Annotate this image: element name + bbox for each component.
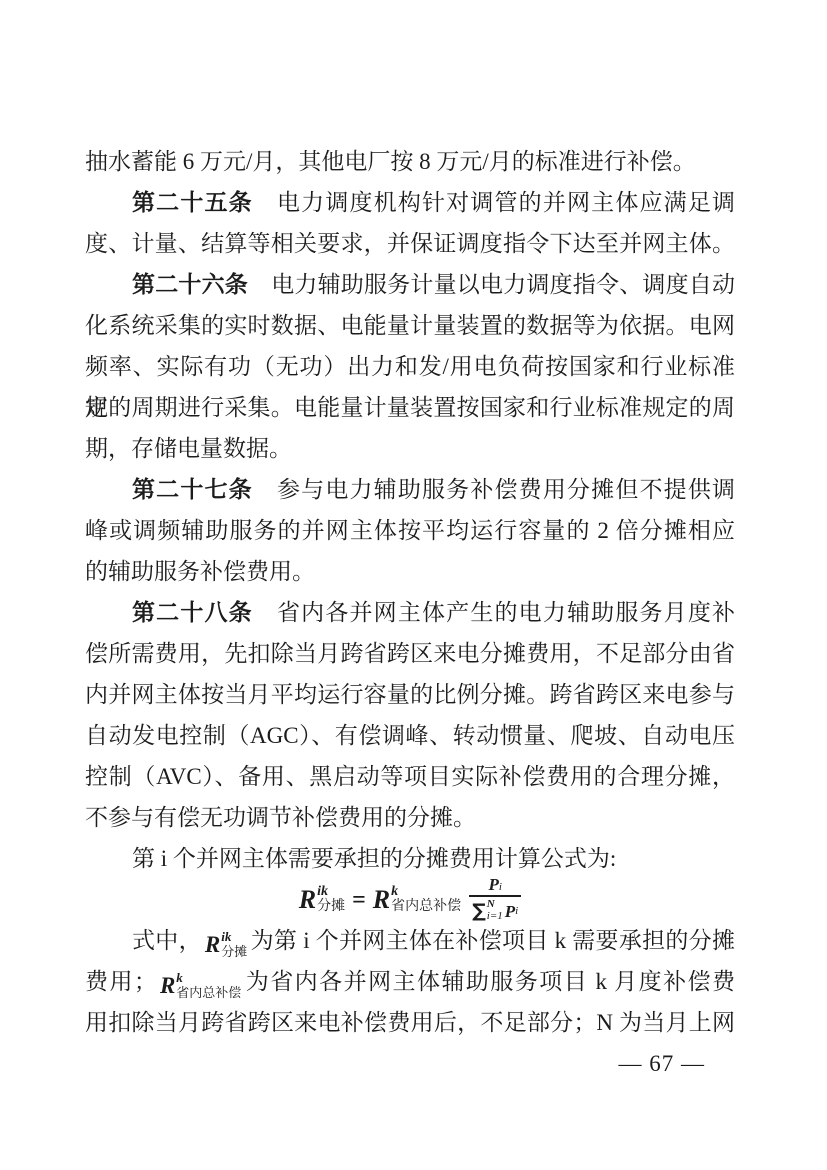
text-segment: 期，存储电量数据。: [85, 436, 292, 461]
article-heading: 第二十六条: [132, 271, 248, 297]
text-line: 第 i 个并网主体需要承担的分摊费用计算公式为:: [85, 838, 735, 879]
text-line: 自动发电控制（AGC）、有偿调峰、转动惯量、爬坡、自动电压: [85, 715, 735, 756]
text-segment: 自动发电控制（AGC）、有偿调峰、转动惯量、爬坡、自动电压: [85, 723, 735, 748]
text-line: 期，存储电量数据。: [85, 428, 735, 469]
equals-sign: =: [352, 888, 366, 912]
text-segment: 峰或调频辅助服务的并网主体按平均运行容量的 2 倍分摊相应: [85, 518, 735, 543]
text-segment: 抽水蓄能 6 万元/月，其他电厂按 8 万元/月的标准进行补偿。: [85, 149, 696, 174]
text-line: 度、计量、结算等相关要求，并保证调度指令下达至并网主体。: [85, 223, 735, 264]
numerator-base: P: [488, 876, 498, 893]
formula: Rik分摊 = Rk省内总补偿 Pi ∑Ni=1Pi: [299, 876, 521, 922]
formula-rhs: Rk省内总补偿: [373, 885, 461, 914]
text-segment: 为省内各并网主体辅助服务项目 k 月度补偿费: [244, 969, 735, 994]
text-line: 控制（AVC）、备用、黑启动等项目实际补偿费用的合理分摊，: [85, 756, 735, 797]
formula-lhs-sub: 分摊: [317, 900, 345, 915]
text-segment: 为第 i 个并网主体在补偿项目 k 需要承担的分摊: [250, 928, 735, 953]
sum-symbol: ∑: [472, 902, 486, 921]
text-line: 第二十七条 参与电力辅助服务补偿费用分摊但不提供调: [85, 469, 735, 510]
inline-math: Rik分摊: [205, 930, 247, 959]
text-segment: 不参与有偿无功调节补偿费用的分摊。: [85, 805, 476, 830]
fraction-denominator: ∑Ni=1Pi: [469, 895, 521, 922]
text-segment: 参与电力辅助服务补偿费用分摊但不提供调: [253, 477, 735, 502]
text-line: 偿所需费用，先扣除当月跨省跨区来电分摊费用，不足部分由省: [85, 633, 735, 674]
page-number: — 67 —: [619, 1051, 706, 1077]
numerator-sub: i: [499, 882, 502, 893]
formula-lhs-base: R: [299, 887, 316, 913]
text-segment: 度、计量、结算等相关要求，并保证调度指令下达至并网主体。: [85, 231, 735, 256]
text-segment: 电力调度机构针对调管的并网主体应满足调: [253, 190, 735, 215]
text-segment: 电力辅助服务计量以电力调度指令、调度自动: [248, 272, 735, 297]
denominator-sub: i: [515, 906, 518, 917]
denominator-base: P: [505, 903, 515, 920]
text-line: 的辅助服务补偿费用。: [85, 551, 735, 592]
article-heading: 第二十七条: [132, 476, 253, 502]
fraction: Pi ∑Ni=1Pi: [469, 876, 521, 922]
text-segment: 用扣除当月跨省跨区来电补偿费用后，不足部分；N 为当月上网: [85, 1010, 735, 1035]
formula-rhs-sub: 省内总补偿: [391, 900, 461, 915]
text-line: 抽水蓄能 6 万元/月，其他电厂按 8 万元/月的标准进行补偿。: [85, 141, 735, 182]
text-segment: 定的周期进行采集。电能量计量装置按国家和行业标准规定的周: [85, 395, 735, 420]
text-line: 不参与有偿无功调节补偿费用的分摊。: [85, 797, 735, 838]
text-segment: 偿所需费用，先扣除当月跨省跨区来电分摊费用，不足部分由省: [85, 641, 735, 666]
formula-lhs: Rik分摊: [299, 885, 345, 914]
text-segment: 的辅助服务补偿费用。: [85, 559, 315, 584]
formula-rhs-sup: k: [391, 885, 461, 900]
text-line: 峰或调频辅助服务的并网主体按平均运行容量的 2 倍分摊相应: [85, 510, 735, 551]
text-segment: 费用；: [85, 969, 157, 994]
text-segment: 第 i 个并网主体需要承担的分摊费用计算公式为:: [132, 846, 616, 871]
fraction-numerator: Pi: [488, 876, 501, 895]
text-line: 式中，Rik分摊为第 i 个并网主体在补偿项目 k 需要承担的分摊: [85, 920, 735, 961]
text-line: 化系统采集的实时数据、电能量计量装置的数据等为依据。电网: [85, 305, 735, 346]
inline-math: Rk省内总补偿: [160, 971, 241, 1000]
document-body: 抽水蓄能 6 万元/月，其他电厂按 8 万元/月的标准进行补偿。第二十五条 电力…: [85, 141, 735, 1043]
text-segment: 控制（AVC）、备用、黑启动等项目实际补偿费用的合理分摊，: [85, 764, 735, 789]
text-line: 第二十八条 省内各并网主体产生的电力辅助服务月度补: [85, 592, 735, 633]
article-heading: 第二十八条: [132, 599, 253, 625]
text-line: 费用；Rk省内总补偿为省内各并网主体辅助服务项目 k 月度补偿费: [85, 961, 735, 1002]
text-line: 内并网主体按当月平均运行容量的比例分摊。跨省跨区来电参与: [85, 674, 735, 715]
formula-rhs-base: R: [373, 887, 390, 913]
text-line: 第二十六条 电力辅助服务计量以电力调度指令、调度自动: [85, 264, 735, 305]
text-segment: 内并网主体按当月平均运行容量的比例分摊。跨省跨区来电参与: [85, 682, 735, 707]
document-page: 抽水蓄能 6 万元/月，其他电厂按 8 万元/月的标准进行补偿。第二十五条 电力…: [0, 0, 827, 1170]
formula-line: Rik分摊 = Rk省内总补偿 Pi ∑Ni=1Pi: [85, 879, 735, 920]
text-line: 第二十五条 电力调度机构针对调管的并网主体应满足调: [85, 182, 735, 223]
text-segment: 式中，: [132, 928, 202, 953]
text-segment: 化系统采集的实时数据、电能量计量装置的数据等为依据。电网: [85, 313, 735, 338]
article-heading: 第二十五条: [132, 189, 253, 215]
text-line: 用扣除当月跨省跨区来电补偿费用后，不足部分；N 为当月上网: [85, 1002, 735, 1043]
text-segment: 省内各并网主体产生的电力辅助服务月度补: [253, 600, 735, 625]
formula-lhs-sup: ik: [317, 885, 345, 900]
text-line: 定的周期进行采集。电能量计量装置按国家和行业标准规定的周: [85, 387, 735, 428]
text-line: 频率、实际有功（无功）出力和发/用电负荷按国家和行业标准规: [85, 346, 735, 387]
